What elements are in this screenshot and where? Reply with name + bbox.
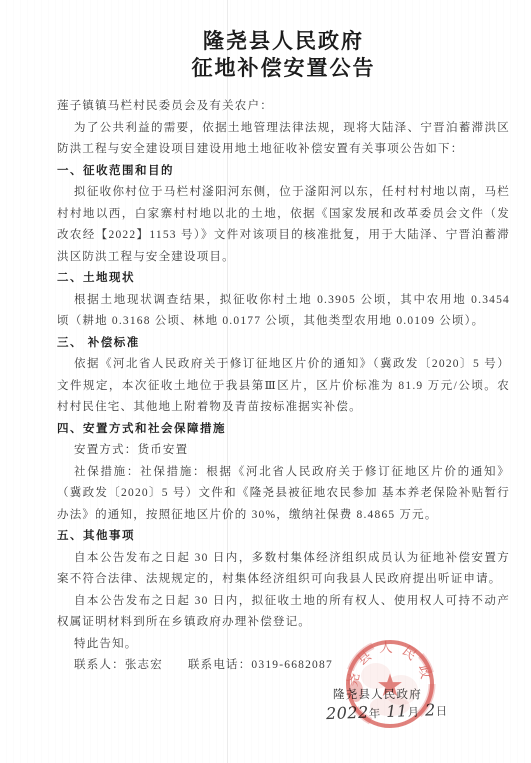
document-content: 隆尧县人民政府 征地补偿安置公告 莲子镇镇马栏村民委员会及有关农户： 为了公共利… (57, 0, 510, 677)
section-5-paragraph-2: 自本公告发布之日起 30 日内，拟征收土地的所有权人、使用权人可持不动产权属证明… (57, 591, 510, 634)
section-3-heading: 三、 补偿标准 (57, 333, 510, 355)
section-2-paragraph: 根据土地现状调查结果，拟征收你村土地 0.3905 公顷，其中农用地 0.345… (57, 290, 510, 333)
document-title: 隆尧县人民政府 征地补偿安置公告 (57, 28, 510, 82)
section-2-heading: 二、土地现状 (57, 268, 510, 290)
closing-note: 特此告知。 (57, 634, 510, 656)
seal-blotch (370, 696, 410, 716)
section-4-paragraph-1: 安置方式：货币安置 (57, 440, 510, 462)
section-4-paragraph-2: 社保措施：社保措施：根据《河北省人民政府关于修订征地区片价的通知》（冀政发〔20… (57, 462, 510, 527)
title-line-2: 征地补偿安置公告 (57, 55, 510, 82)
section-5-paragraph-1: 自本公告发布之日起 30 日内，多数村集体经济组织成员认为征地补偿安置方案不符合… (57, 548, 510, 591)
contact-person-label: 联系人： (74, 659, 125, 671)
contact-line: 联系人：张志宏联系电话：0319-6682087 (57, 655, 510, 677)
contact-phone-label: 联系电话： (188, 659, 252, 671)
document-body: 莲子镇镇马栏村民委员会及有关农户： 为了公共利益的需要，依据土地管理法律法规，现… (57, 96, 510, 677)
document-page: 隆尧县人民政府 征地补偿安置公告 莲子镇镇马栏村民委员会及有关农户： 为了公共利… (0, 0, 531, 763)
section-1-heading: 一、征收范围和目的 (57, 161, 510, 183)
salutation: 莲子镇镇马栏村民委员会及有关农户： (57, 96, 510, 118)
section-3-paragraph: 依据《河北省人民政府关于修订征地区片价的通知》（冀政发〔2020〕5 号）文件规… (57, 354, 510, 419)
section-5-heading: 五、其他事项 (57, 526, 510, 548)
official-seal-icon: 隆尧县人民政府 (344, 636, 436, 730)
intro-paragraph: 为了公共利益的需要，依据土地管理法律法规，现将大陆泽、宁晋泊蓄滞洪区防洪工程与安… (57, 118, 510, 161)
section-1-paragraph: 拟征收你村位于马栏村滏阳河东侧，位于滏阳河以东，任村村村地以南，马栏村村地以西，… (57, 182, 510, 268)
date-day-unit: 日 (436, 706, 449, 718)
section-4-heading: 四、安置方式和社会保障措施 (57, 419, 510, 441)
contact-phone-number: 0319-6682087 (251, 659, 332, 671)
title-line-1: 隆尧县人民政府 (57, 28, 510, 55)
contact-person-name: 张志宏 (125, 659, 163, 671)
